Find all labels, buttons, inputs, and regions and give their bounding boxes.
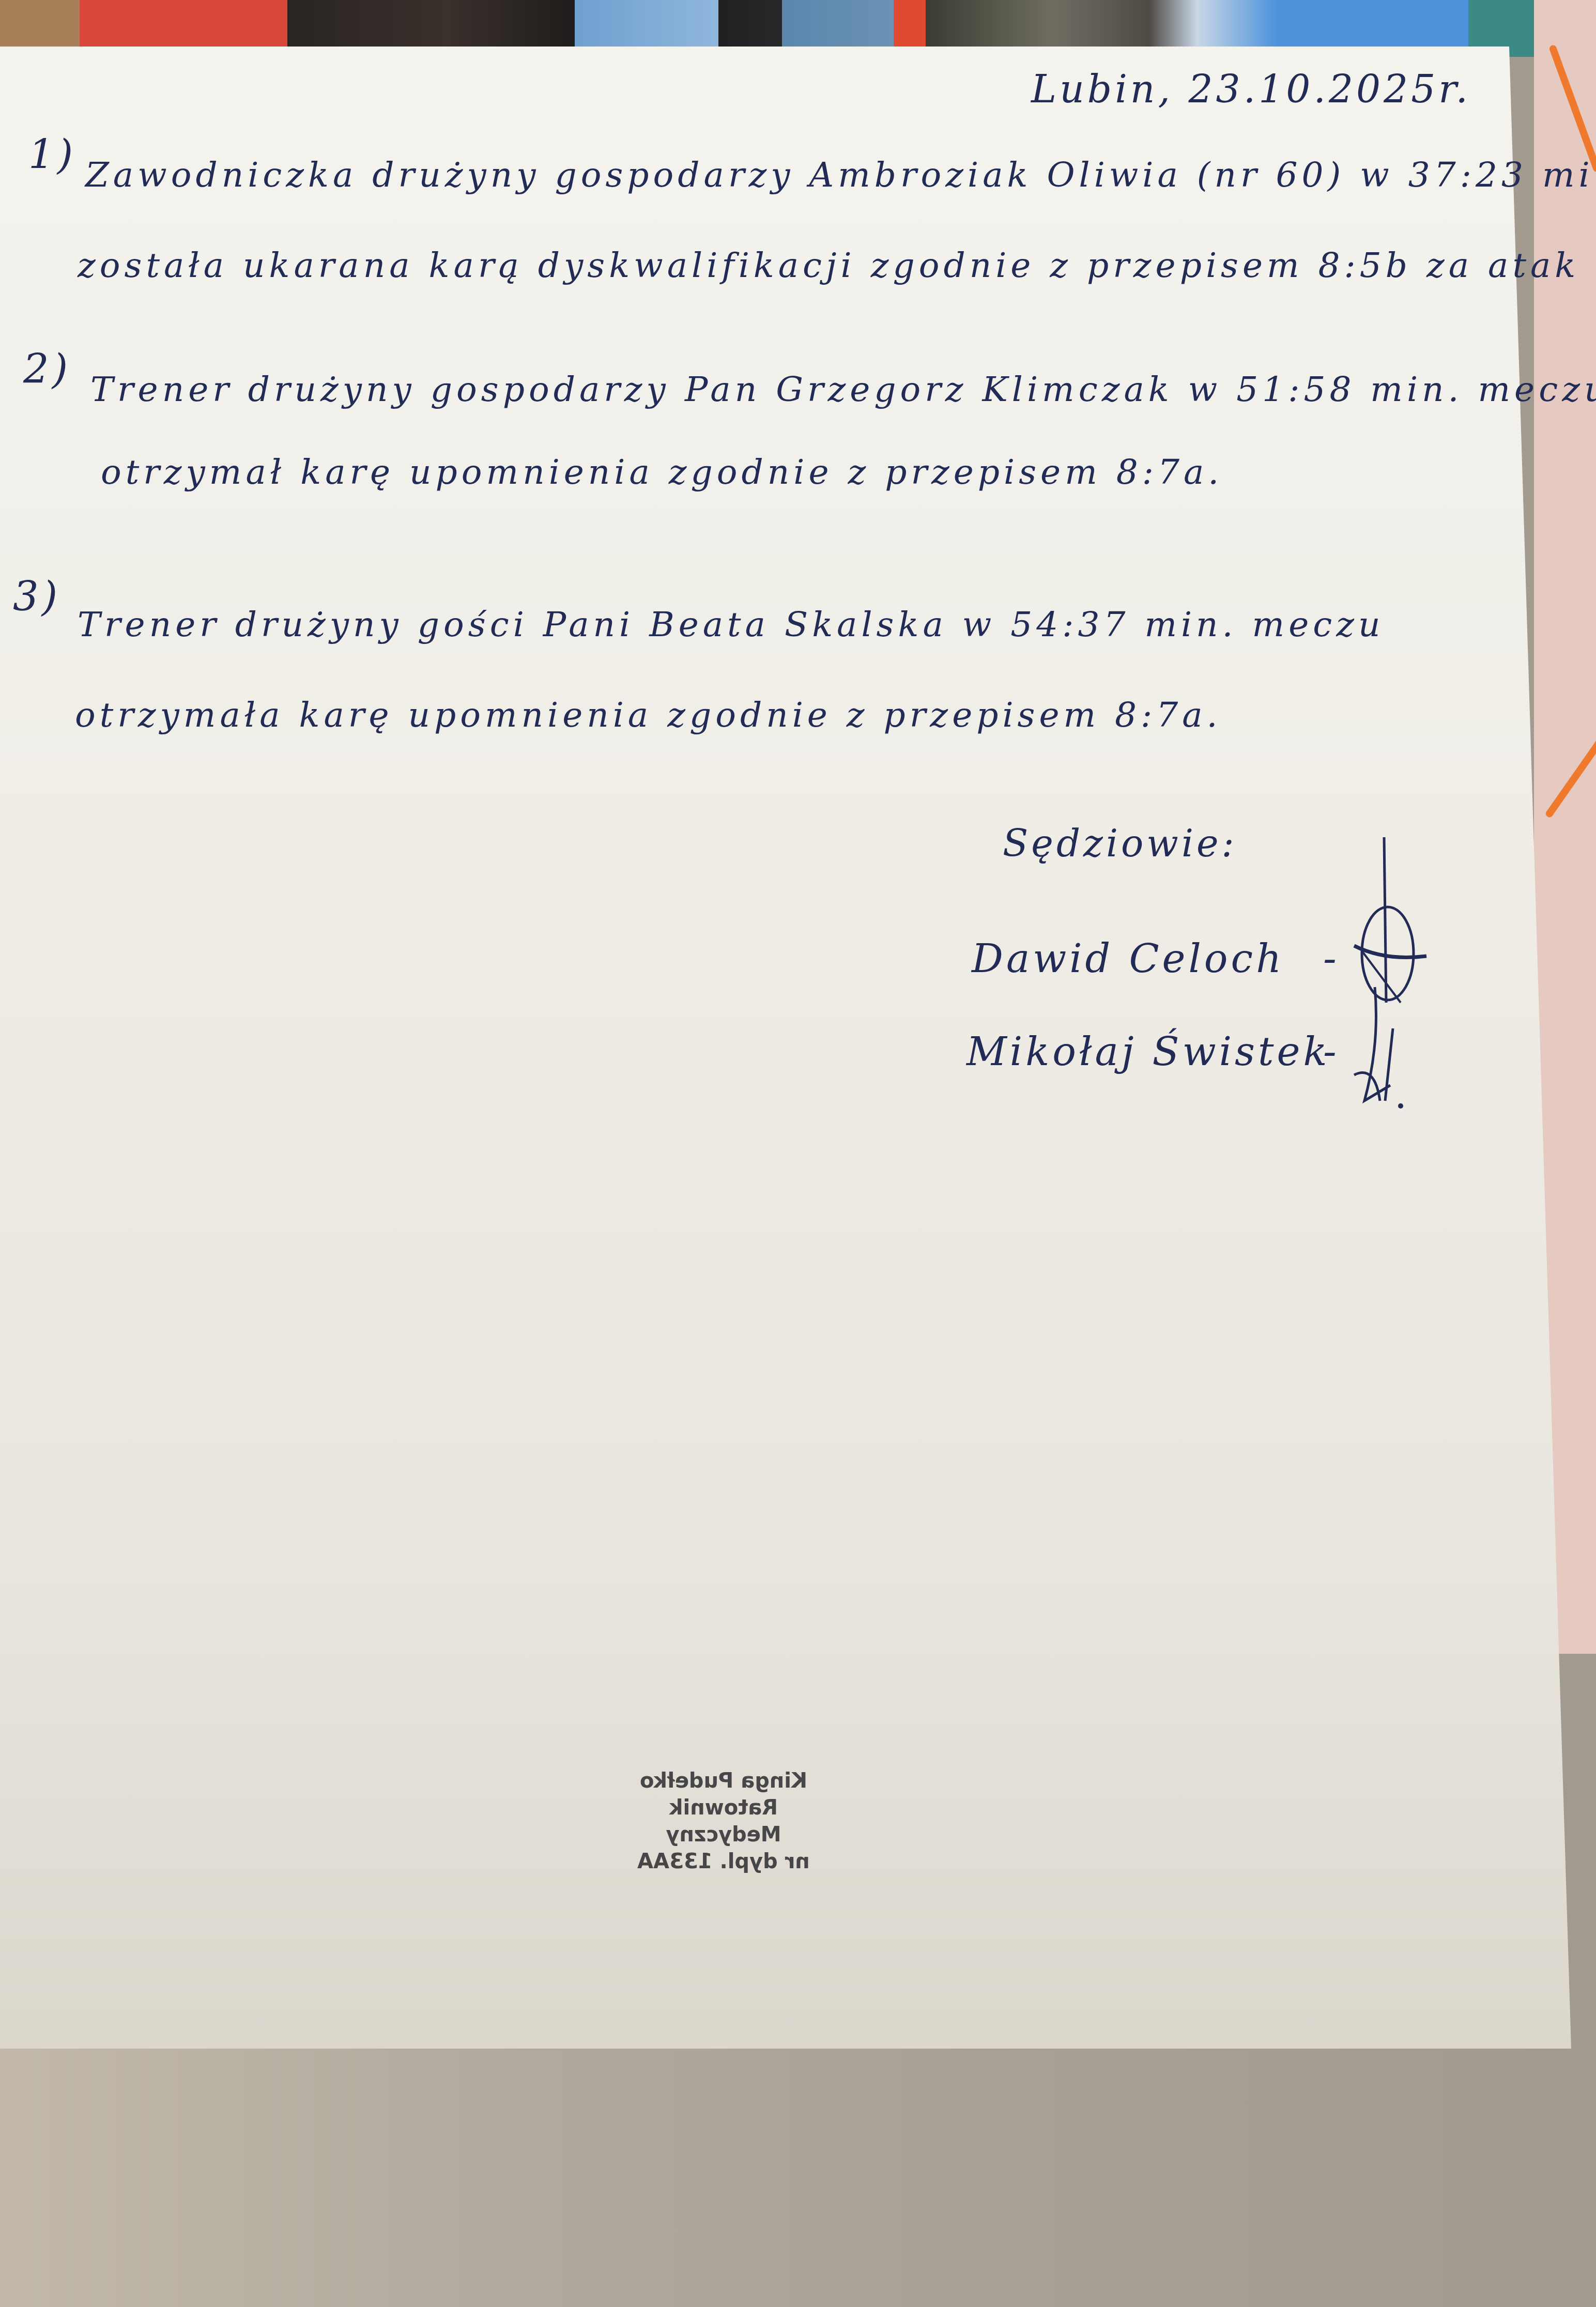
referees-label: Sędziowie: [1003, 822, 1237, 865]
item-3-line-1: Trener drużyny gości Pani Beata Skalska … [78, 605, 1384, 644]
item-number: 2) [23, 346, 71, 393]
item-1-line-1: Zawodniczka drużyny gospodarzy Ambroziak… [85, 155, 1596, 195]
item-1-line-2: została ukarana karą dyskwalifikacji zgo… [78, 245, 1596, 285]
item-2-line-1: Trener drużyny gospodarzy Pan Grzegorz K… [90, 370, 1596, 409]
item-3-line-2: otrzymała karę upomnienia zgodnie z prze… [75, 695, 1222, 735]
referee-name: Mikołaj Świstek [966, 1028, 1330, 1074]
referee-name: Dawid Celoch [972, 935, 1284, 981]
item-2-line-2: otrzymał karę upomnienia zgodnie z przep… [101, 452, 1223, 492]
medical-stamp: Kinga Pudełko Ratownik Medyczny nr dypl.… [615, 1767, 832, 1875]
signature-separator: - [1323, 935, 1340, 981]
signature-icon [1344, 982, 1406, 1116]
item-number: 1) [28, 132, 76, 178]
item-number: 3) [13, 574, 60, 620]
signature-separator: - [1323, 1028, 1340, 1074]
stamp-line: Ratownik Medyczny [615, 1794, 832, 1848]
place-date: Lubin, 23.10.2025r. [1031, 67, 1471, 112]
stamp-line: Kinga Pudełko [615, 1767, 832, 1794]
stamp-line: nr dypl. 133AA [615, 1848, 832, 1875]
